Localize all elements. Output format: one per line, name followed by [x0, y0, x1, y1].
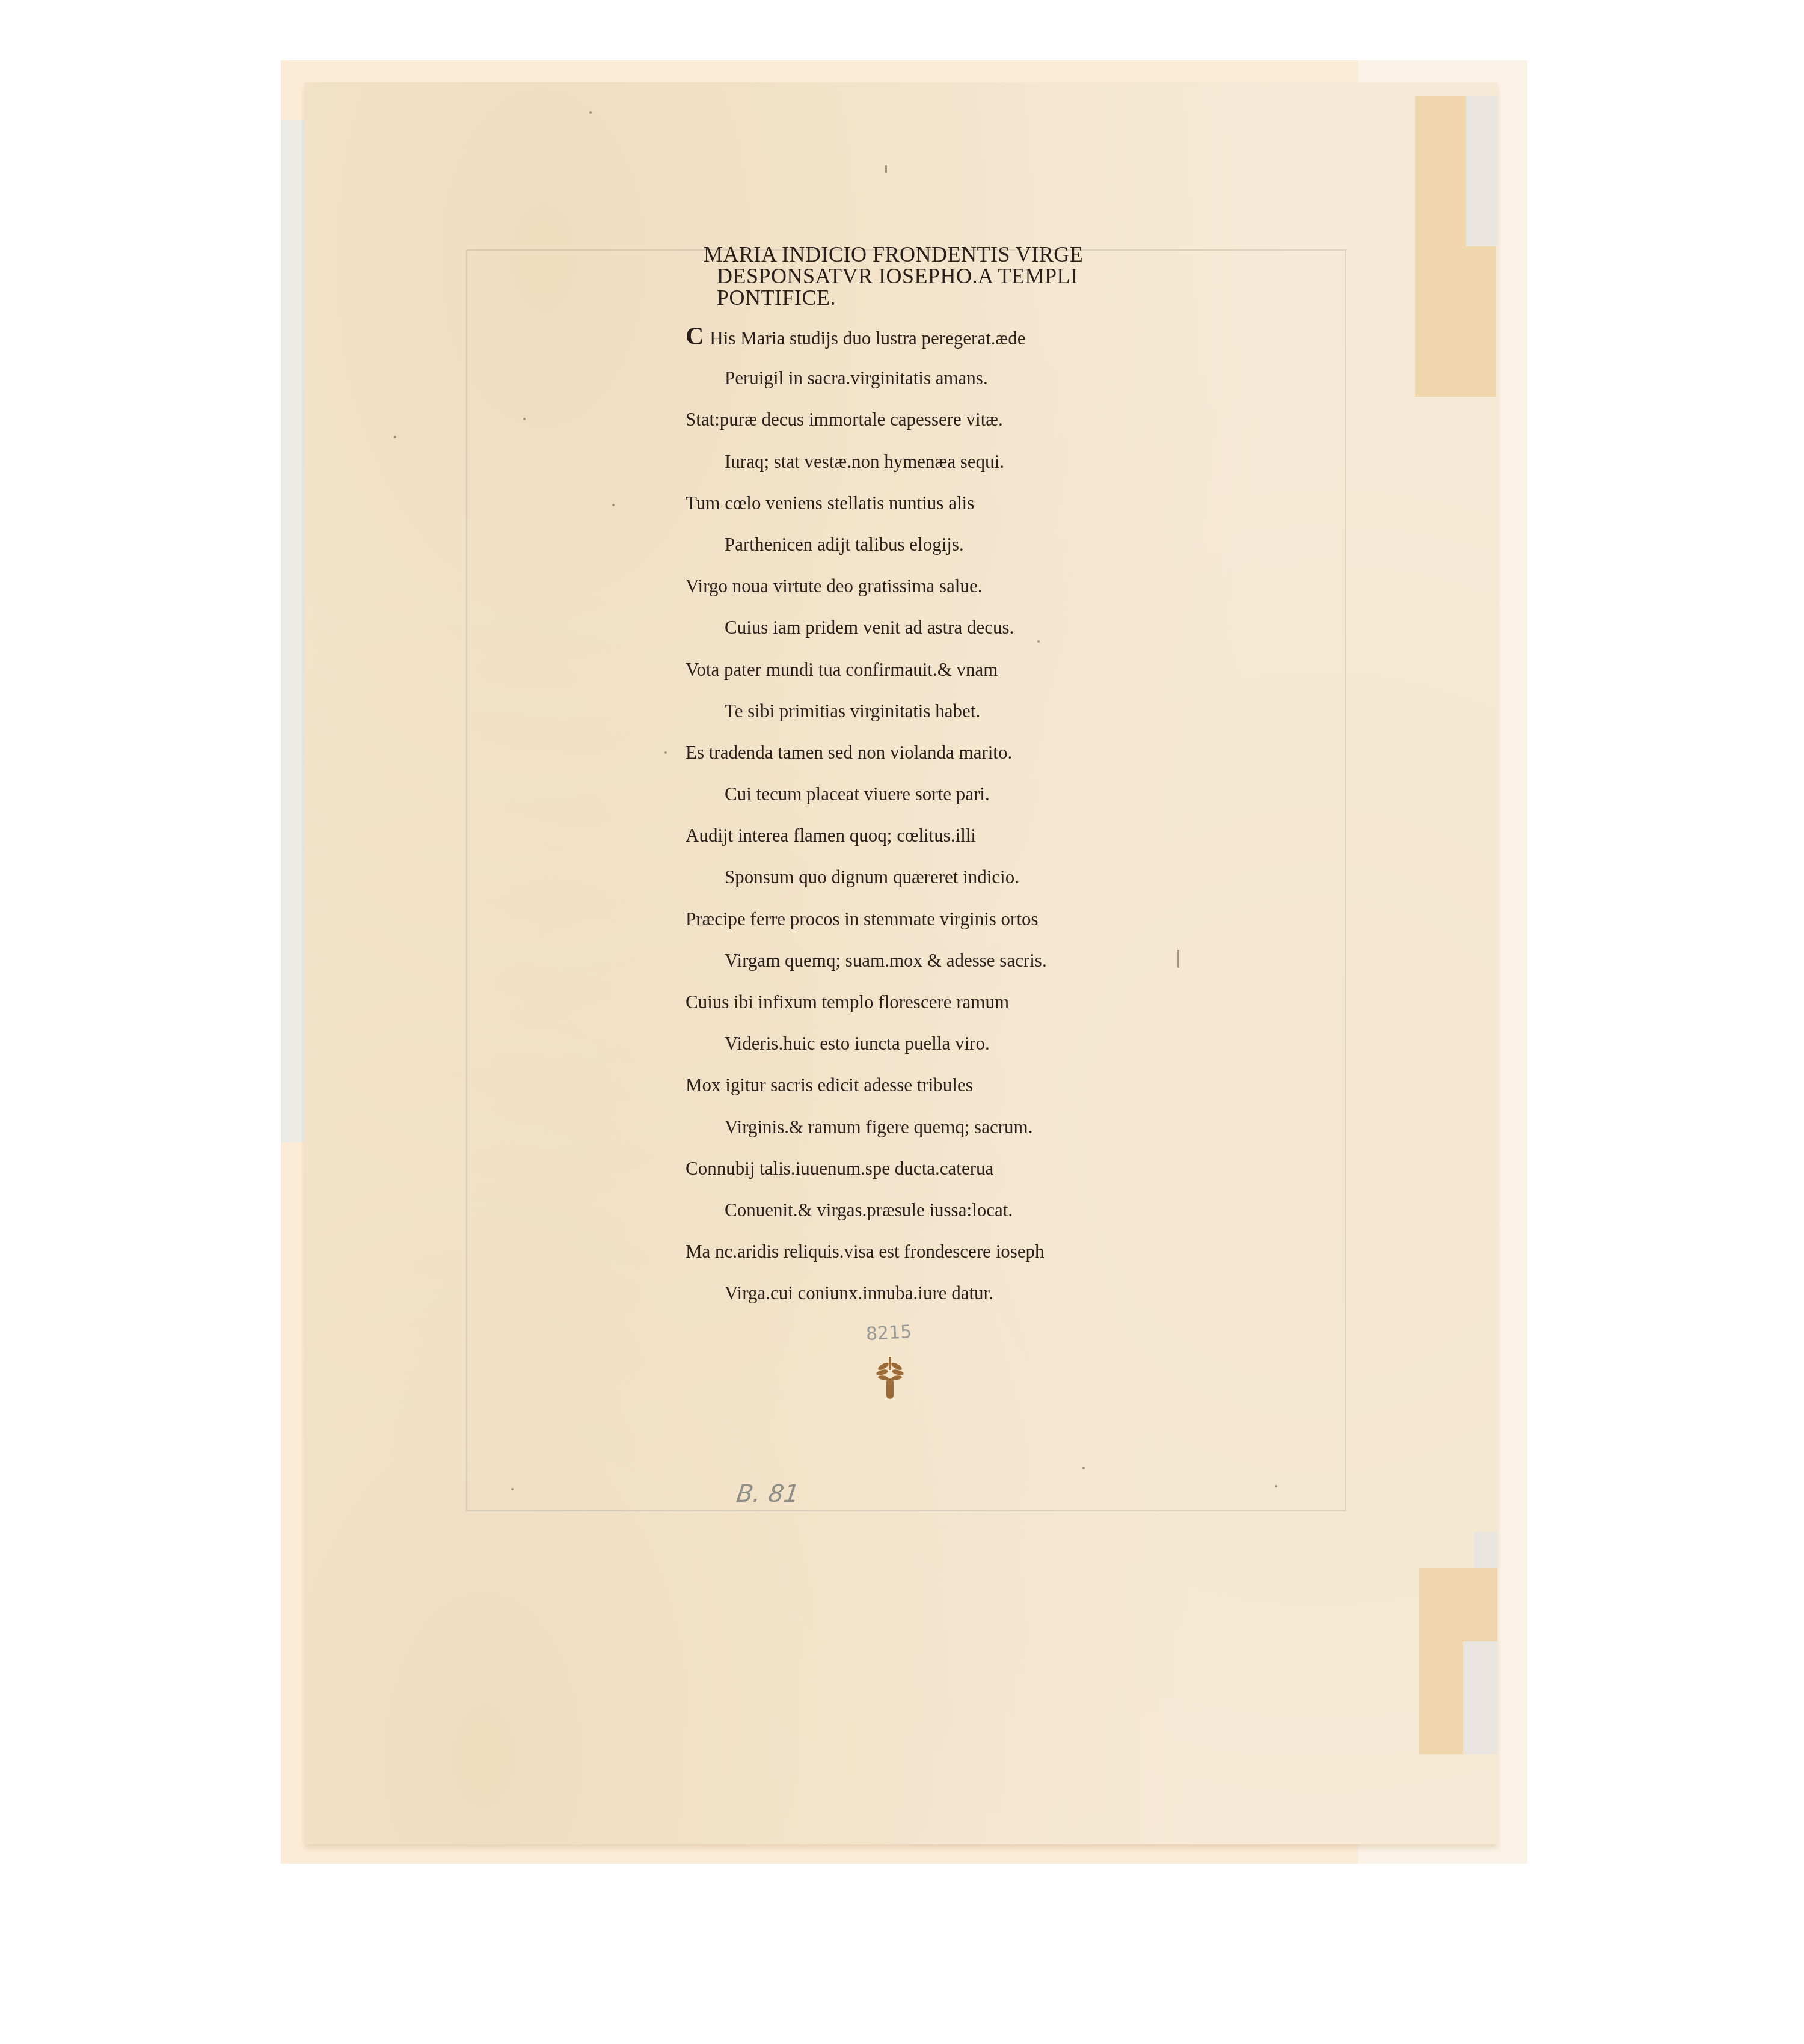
verse-text: Conuenit.& virgas.præsule iussa:locat.	[725, 1199, 1013, 1220]
verse-text: Cuius iam pridem venit ad astra decus.	[725, 617, 1014, 638]
verse-line: Præcipe ferre procos in stemmate virgini…	[686, 904, 1167, 946]
verse-line: Audijt interea flamen quoq; cœlitus.illi	[686, 821, 1167, 862]
mount-grey-strip	[281, 120, 305, 1142]
verse-line: Parthenicen adijt talibus elogijs.	[686, 530, 1167, 571]
hinge-tape-lower-grey	[1463, 1641, 1497, 1754]
verse-text: His Maria studijs duo lustra peregerat.æ…	[710, 328, 1025, 349]
verse-line: Virgo noua virtute deo gratissima salue.	[686, 571, 1167, 613]
verse-text: Es tradenda tamen sed non violanda marit…	[686, 742, 1012, 763]
verse-text: Tum cœlo veniens stellatis nuntius alis	[686, 492, 974, 513]
verse-text: Iuraq; stat vestæ.non hymenæa sequi.	[725, 451, 1004, 472]
verse-text: Audijt interea flamen quoq; cœlitus.illi	[686, 825, 976, 846]
verse-text: Præcipe ferre procos in stemmate virgini…	[686, 908, 1039, 929]
verse-line: Sponsum quo dignum quæreret indicio.	[686, 862, 1167, 904]
heading-line-2: DESPONSATVR IOSEPHO.A TEMPLI	[704, 265, 1149, 287]
verse-text: Virginis.& ramum figere quemq; sacrum.	[725, 1116, 1032, 1137]
verse-text: Parthenicen adijt talibus elogijs.	[725, 534, 964, 555]
verse-line: Conuenit.& virgas.præsule iussa:locat.	[686, 1195, 1167, 1237]
verse-line: Tum cœlo veniens stellatis nuntius alis	[686, 488, 1167, 530]
verse-line: Virginis.& ramum figere quemq; sacrum.	[686, 1112, 1167, 1154]
verse-text: Te sibi primitias virginitatis habet.	[725, 700, 980, 721]
verse-text: Vota pater mundi tua confirmauit.& vnam	[686, 659, 998, 680]
verse-text: Virgam quemq; suam.mox & adesse sacris.	[725, 950, 1047, 971]
verse-line: Vota pater mundi tua confirmauit.& vnam	[686, 655, 1167, 696]
verse-text: Mox igitur sacris edicit adesse tribules	[686, 1074, 973, 1095]
verse-line: Iuraq; stat vestæ.non hymenæa sequi.	[686, 447, 1167, 488]
paragraph-mark-icon: C	[686, 323, 704, 350]
verse-text: Cuius ibi infixum templo florescere ramu…	[686, 991, 1009, 1012]
verse-text: Connubij talis.iuuenum.spe ducta.caterua	[686, 1158, 993, 1179]
verse-text: Cui tecum placeat viuere sorte pari.	[725, 783, 990, 804]
verse-text: Virgo noua virtute deo gratissima salue.	[686, 575, 982, 596]
verse-line: Cui tecum placeat viuere sorte pari.	[686, 779, 1167, 821]
verse-line: Connubij talis.iuuenum.spe ducta.caterua	[686, 1154, 1167, 1195]
verse-line: Cuius ibi infixum templo florescere ramu…	[686, 987, 1167, 1029]
verse-text: Ma nc.aridis reliquis.visa est frondesce…	[686, 1241, 1045, 1262]
hinge-tape-upper-grey	[1466, 96, 1497, 246]
hinge-tape-lower-grey-small	[1474, 1532, 1497, 1568]
verse-block: CHis Maria studijs duo lustra peregerat.…	[686, 322, 1167, 1320]
chapter-heading: MARIA INDICIO FRONDENTIS VIRGE DESPONSAT…	[704, 243, 1149, 308]
verse-line: Cuius iam pridem venit ad astra decus.	[686, 613, 1167, 654]
verse-text: Peruigil in sacra.virginitatis amans.	[725, 367, 988, 388]
eagle-stamp-icon	[875, 1356, 905, 1404]
verse-line: Peruigil in sacra.virginitatis amans.	[686, 363, 1167, 405]
verse-text: Stat:puræ decus immortale capessere vitæ…	[686, 409, 1003, 430]
verse-line: Ma nc.aridis reliquis.visa est frondesce…	[686, 1237, 1167, 1278]
verse-line: Te sibi primitias virginitatis habet.	[686, 696, 1167, 738]
verse-text: Sponsum quo dignum quæreret indicio.	[725, 866, 1019, 887]
verse-line: Virgam quemq; suam.mox & adesse sacris.	[686, 946, 1167, 987]
verse-line: Virga.cui coniunx.innuba.iure datur.	[686, 1278, 1167, 1320]
heading-line-1: MARIA INDICIO FRONDENTIS VIRGE	[704, 243, 1149, 265]
pencil-inventory-number: 8215	[865, 1321, 912, 1345]
verse-line: CHis Maria studijs duo lustra peregerat.…	[686, 322, 1167, 363]
pencil-shelfmark: B. 81	[735, 1480, 801, 1508]
verse-text: Virga.cui coniunx.innuba.iure datur.	[725, 1282, 993, 1303]
verse-line: Mox igitur sacris edicit adesse tribules	[686, 1070, 1167, 1112]
verse-text: Videris.huic esto iuncta puella viro.	[725, 1033, 990, 1054]
verse-line: Stat:puræ decus immortale capessere vitæ…	[686, 405, 1167, 446]
heading-line-3: PONTIFICE.	[704, 287, 1149, 308]
verse-line: Videris.huic esto iuncta puella viro.	[686, 1029, 1167, 1070]
verse-line: Es tradenda tamen sed non violanda marit…	[686, 738, 1167, 779]
